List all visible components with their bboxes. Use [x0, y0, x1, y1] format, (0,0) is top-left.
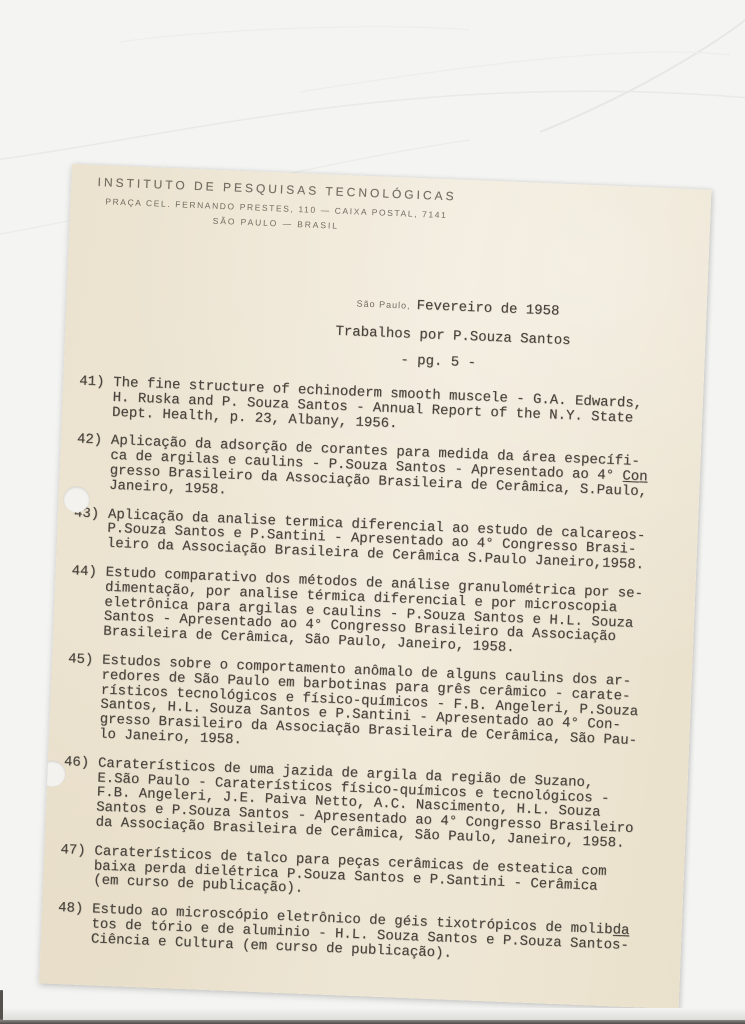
item-number: 48)	[58, 901, 84, 917]
item-number: 47)	[60, 843, 86, 859]
bibliography-item: 48)Estudo ao microscópio eletrônico de g…	[57, 901, 664, 970]
scanner-left-edge-mark	[0, 990, 3, 1020]
item-number: 44)	[71, 564, 97, 580]
item-text: Aplicação da analise termica diferencial…	[106, 507, 679, 574]
document-paper: INSTITUTO DE PESQUISAS TECNOLÓGICAS PRAÇ…	[39, 164, 711, 1009]
item-text: Caraterísticos de talco para peças cerâm…	[93, 844, 666, 911]
bibliography-item: 43)Aplicação da analise termica diferenc…	[72, 506, 679, 575]
bibliography-list: 41)The fine structure of echinoderm smoo…	[56, 374, 685, 983]
scanned-page-background: INSTITUTO DE PESQUISAS TECNOLÓGICAS PRAÇ…	[0, 0, 745, 1024]
letterhead: INSTITUTO DE PESQUISAS TECNOLÓGICAS PRAÇ…	[90, 175, 464, 236]
bibliography-item: 42)Aplicação da adsorção de corantes par…	[75, 433, 683, 516]
bibliography-item: 41)The fine structure of echinoderm smoo…	[78, 374, 685, 443]
item-text: The fine structure of echinoderm smooth …	[112, 376, 685, 443]
page-number: - pg. 5 -	[400, 353, 476, 371]
bibliography-item: 44)Estudo comparativo dos métodos de aná…	[69, 564, 677, 662]
item-text: Estudo comparativo dos métodos de anális…	[103, 566, 678, 663]
dateline: São Paulo,Fevereiro de 1958	[356, 294, 559, 320]
item-number: 45)	[68, 652, 94, 668]
bibliography-item: 46)Caraterísticos de uma jazida de argil…	[61, 755, 669, 853]
item-number: 46)	[64, 755, 90, 771]
item-text: Estudo ao microscópio eletrônico de géis…	[91, 903, 664, 970]
item-number: 41)	[79, 374, 105, 390]
bibliography-item: 47)Caraterísticos de talco para peças ce…	[59, 843, 666, 912]
bibliography-item: 45)Estudos sobre o comportamento anômalo…	[65, 652, 674, 765]
item-text: Aplicação da adsorção de corantes para m…	[109, 434, 683, 516]
document-title: Trabalhos por P.Souza Santos	[335, 325, 571, 349]
item-text: Estudos sobre o comportamento anômalo de…	[99, 654, 674, 766]
dateline-place: São Paulo,	[356, 299, 410, 311]
dateline-date: Fevereiro de 1958	[416, 298, 559, 320]
item-text: Caraterísticos de uma jazida de argila d…	[95, 756, 670, 853]
scanner-bottom-edge	[0, 1020, 745, 1024]
item-number: 42)	[77, 433, 103, 449]
